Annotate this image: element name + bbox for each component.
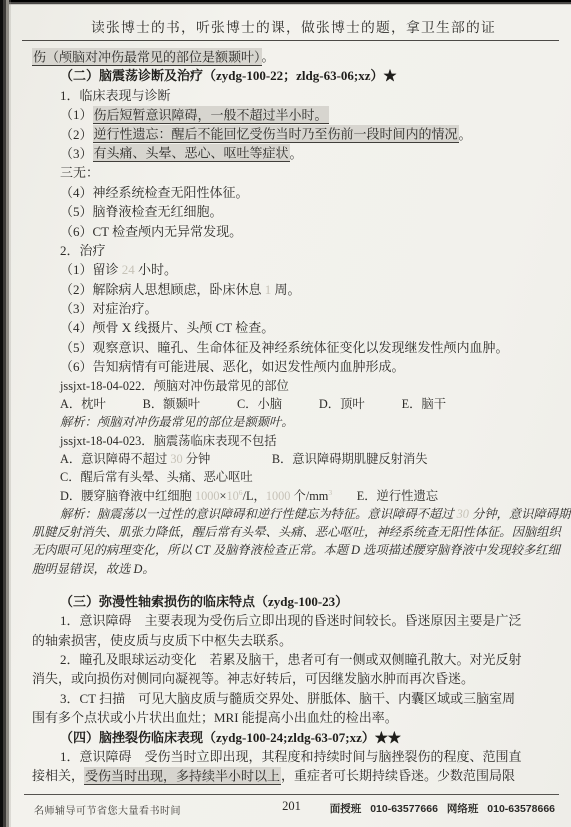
section-heading-2: （二）脑震荡诊断及治疗（zydg-100-22；zldg-63-06;xz）★ xyxy=(32,69,561,88)
text-run xyxy=(332,490,357,504)
highlighted-text: 有头痛、头晕、恶心、呕吐等症状 xyxy=(93,144,290,162)
question-023-analysis-line4: 胞明显错误，故选 D。 xyxy=(32,563,561,581)
footer-contact: 面授班 010-63577666 网络班 010-63578666 xyxy=(324,801,555,816)
faint-answer-text: 30 xyxy=(457,507,469,521)
treatment-point-1: （1）留诊 24 小时。 xyxy=(32,263,561,282)
text-run: 1．意识障碍 受伤当时立即出现，其程度和持续时间与脑挫裂伤的程度、范围直 xyxy=(60,749,522,764)
text-run: （4）颅骨 X 线摄片、头颅 CT 检查。 xyxy=(60,320,274,335)
text-run: 。 xyxy=(459,127,472,142)
text-run: （5）观察意识、瞳孔、生命体征及神经系统体征变化以发现继发性颅内血肿。 xyxy=(60,340,509,355)
text-run: A．意识障碍不超过 xyxy=(60,452,170,466)
text-run: D．腰穿脑脊液中红细胞 xyxy=(60,490,195,504)
online-class-label: 网络班 xyxy=(447,803,479,815)
highlighted-text: 逆行性遗忘：醒后不能回忆受伤当时乃至伤前一段时间内的情况 xyxy=(93,125,459,143)
clinical-point-3: （3）有头痛、头晕、恶心、呕吐等症状。 xyxy=(32,147,561,166)
text-run: 分钟，意识障碍期 xyxy=(469,507,570,521)
treatment-point-3: （3）对症治疗。 xyxy=(32,302,561,321)
faint-answer-text: 1000 xyxy=(266,490,291,504)
question-023-options-de: D．腰穿脑脊液中红细胞 1000×106/L，1000 个/mm3 E．逆行性遗… xyxy=(32,489,561,507)
text-run: （二）脑震荡诊断及治疗（zydg-100-22；zldg-63-06;xz）★ xyxy=(60,68,397,83)
text-run: 。 xyxy=(262,49,275,64)
onsite-class-label: 面授班 xyxy=(330,803,362,815)
text-run: 周。 xyxy=(271,282,300,297)
faint-answer-text: 30 xyxy=(170,452,182,466)
text-run: 三无： xyxy=(60,165,99,180)
page-content: 伤（颅脑对冲伤最常见的部位是额颞叶）。（二）脑震荡诊断及治疗（zydg-100-… xyxy=(32,50,561,789)
text-run: B．意识障碍期肌腱反射消失 xyxy=(272,452,428,466)
text-run: 无肉眼可见的病理变化，所以 CT 及脑脊液检查正常。本题 D 选项描述腰穿脑脊液… xyxy=(32,543,560,557)
question-023-stem: jssjxt-18-04-023．脑震荡临床表现不包括 xyxy=(32,435,561,453)
question-022-stem: jssjxt-18-04-022．颅脑对冲伤最常见的部位 xyxy=(32,380,561,398)
footer: 名师辅导可节省您大量看书时间 201 面授班 010-63577666 网络班 … xyxy=(24,799,559,819)
text-run: 个/mm xyxy=(290,490,328,504)
text-run: 。 xyxy=(290,146,303,161)
text-run: E．逆行性遗忘 xyxy=(357,490,438,504)
text-run: 解析：颅脑对冲伤最常见的部位是额颞叶。 xyxy=(60,415,294,429)
text-run: 肌腱反射消失、肌张力降低，醒后常有头晕、头痛、恶心呕吐，神经系统查无阳性体征。因… xyxy=(32,525,561,539)
text-run: 2．治疗 xyxy=(60,243,106,258)
text-run: （2） xyxy=(60,127,93,142)
text-run: 1．临床表现与诊断 xyxy=(60,88,171,103)
question-023-analysis-line3: 无肉眼可见的病理变化，所以 CT 及脑脊液检查正常。本题 D 选项描述腰穿脑脊液… xyxy=(32,544,561,562)
question-023-analysis-line1: 解析：脑震荡以一过性的意识障碍和逆行性健忘为特征。意识障碍不超过 30 分钟，意… xyxy=(32,508,561,526)
question-022-options: A．枕叶 B．额颞叶 C．小脑 D．顶叶 E．脑干 xyxy=(32,398,561,416)
text-run: （6）告知病情有可能进展、恶化，如迟发性颅内血肿形成。 xyxy=(60,359,405,374)
text-run: jssjxt-18-04-023．脑震荡临床表现不包括 xyxy=(60,434,277,448)
clinical-point-6: （6）CT 检查颅内无异常发现。 xyxy=(32,225,561,244)
online-class-phone: 010-63578666 xyxy=(487,803,555,815)
text-run: 小时。 xyxy=(135,262,177,277)
text-run: 分钟 xyxy=(183,452,211,466)
text-run: 解析：脑震荡以一过性的意识障碍和逆行性健忘为特征。意识障碍不超过 xyxy=(60,507,457,521)
question-022-analysis: 解析：颅脑对冲伤最常见的部位是额颞叶。 xyxy=(32,416,561,434)
text-run: 接相关， xyxy=(32,768,84,783)
faint-answer-text: 1000 xyxy=(195,490,220,504)
carryover-line: 伤（颅脑对冲伤最常见的部位是额颞叶）。 xyxy=(32,50,561,69)
highlighted-text: 受伤当时出现，多持续半小时以上 xyxy=(84,767,281,785)
text-run: （3） xyxy=(60,146,93,161)
text-run: （2）解除病人思想顾虑，卧床休息 xyxy=(60,282,265,297)
treatment-point-5: （5）观察意识、瞳孔、生命体征及神经系统体征变化以发现继发性颅内血肿。 xyxy=(32,341,561,360)
clinical-point-5: （5）脑脊液检查无红细胞。 xyxy=(32,205,561,224)
text-run xyxy=(210,452,272,466)
text-run: （6）CT 检查颅内无异常发现。 xyxy=(60,224,242,239)
text-run: ，重症者可长期持续昏迷。少数范围局限 xyxy=(281,768,515,783)
section-heading-4: （四）脑挫裂伤临床表现（zydg-100-24;zldg-63-07;xz）★★ xyxy=(32,731,561,750)
dai-point-1-line2: 的轴索损害，使皮质与皮质下中枢失去联系。 xyxy=(32,634,561,653)
text-run: （3）对症治疗。 xyxy=(60,301,158,316)
footer-rule xyxy=(24,794,559,795)
treatment-point-2: （2）解除病人思想顾虑，卧床休息 1 周。 xyxy=(32,283,561,302)
text-run: jssjxt-18-04-022．颅脑对冲伤最常见的部位 xyxy=(60,379,289,393)
text-run: （三）弥漫性轴索损伤的临床特点（zydg-100-23） xyxy=(60,594,348,609)
clinical-point-4: （4）神经系统检查无阳性体征。 xyxy=(32,186,561,205)
running-head-slogan: 读张博士的书，听张博士的课，做张博士的题，拿卫生部的证 xyxy=(91,20,496,35)
scan-edge-top xyxy=(0,0,571,6)
question-023-analysis-line2: 肌腱反射消失、肌张力降低，醒后常有头晕、头痛、恶心呕吐，神经系统查无阳性体征。因… xyxy=(32,526,561,544)
contusion-point-1-line2: 接相关，受伤当时出现，多持续半小时以上，重症者可长期持续昏迷。少数范围局限 xyxy=(32,769,561,788)
question-023-options-ab: A．意识障碍不超过 30 分钟 B．意识障碍期肌腱反射消失 xyxy=(32,453,561,471)
faint-answer-text: 24 xyxy=(122,262,135,277)
scan-edge-left xyxy=(0,0,13,827)
text-run: （5）脑脊液检查无红细胞。 xyxy=(60,204,223,219)
text-run: （1）留诊 xyxy=(60,262,122,277)
text-run: A．枕叶 B．额颞叶 C．小脑 D．顶叶 E．脑干 xyxy=(60,397,446,411)
subheading-treatment: 2．治疗 xyxy=(32,244,561,263)
text-run: 3．CT 扫描 可见大脑皮质与髓质交界处、胼胝体、脑干、内囊区域或三脑室周 xyxy=(60,691,515,706)
text-run: C．醒后常有头晕、头痛、恶心呕吐 xyxy=(60,470,253,484)
text-run: （1） xyxy=(60,107,93,122)
text-run: （四）脑挫裂伤临床表现（zydg-100-24;zldg-63-07;xz）★★ xyxy=(60,730,401,745)
text-run: 胞明显错误，故选 D。 xyxy=(32,562,155,576)
three-nos-label: 三无： xyxy=(32,166,561,185)
highlighted-text: 伤（颅脑对冲伤最常见的部位是额颞叶） xyxy=(32,48,262,66)
section-heading-3: （三）弥漫性轴索损伤的临床特点（zydg-100-23） xyxy=(32,595,561,614)
faint-answer-text: 10 xyxy=(226,490,238,504)
dai-point-2-line2: 消失，或向损伤对侧同向凝视等。神志好转后，可因继发脑水肿而再次昏迷。 xyxy=(32,672,561,691)
highlighted-text: 伤后短暂意识障碍，一般不超过半小时。 xyxy=(93,106,329,124)
onsite-class-phone: 010-63577666 xyxy=(370,803,438,815)
dai-point-2-line1: 2．瞳孔及眼球运动变化 若累及脑干，患者可有一侧或双侧瞳孔散大。对光反射 xyxy=(32,653,561,672)
running-head: 读张博士的书，听张博士的课，做张博士的题，拿卫生部的证 xyxy=(30,16,557,36)
dai-point-3-line2: 围有多个点状或小片状出血灶；MRI 能提高小出血灶的检出率。 xyxy=(32,711,561,730)
text-run: 消失，或向损伤对侧同向凝视等。神志好转后，可因继发脑水肿而再次昏迷。 xyxy=(32,671,474,686)
text-run: /L， xyxy=(243,490,266,504)
text-run: （4）神经系统检查无阳性体征。 xyxy=(60,185,249,200)
dai-point-3-line1: 3．CT 扫描 可见大脑皮质与髓质交界处、胼胝体、脑干、内囊区域或三脑室周 xyxy=(32,692,561,711)
text-run: 的轴索损害，使皮质与皮质下中枢失去联系。 xyxy=(32,633,292,648)
text-run: 1．意识障碍 主要表现为受伤后立即出现的昏迷时间较长。昏迷原因主要是广泛 xyxy=(60,613,522,628)
text-run: 围有多个点状或小片状出血灶；MRI 能提高小出血灶的检出率。 xyxy=(32,710,398,725)
treatment-point-4: （4）颅骨 X 线摄片、头颅 CT 检查。 xyxy=(32,321,561,340)
treatment-point-6: （6）告知病情有可能进展、恶化，如迟发性颅内血肿形成。 xyxy=(32,360,561,379)
dai-point-1-line1: 1．意识障碍 主要表现为受伤后立即出现的昏迷时间较长。昏迷原因主要是广泛 xyxy=(32,614,561,633)
text-run: 2．瞳孔及眼球运动变化 若累及脑干，患者可有一侧或双侧瞳孔散大。对光反射 xyxy=(60,652,522,667)
question-023-option-c: C．醒后常有头晕、头痛、恶心呕吐 xyxy=(32,471,561,489)
running-head-rule xyxy=(22,40,559,41)
scanned-book-page: 读张博士的书，听张博士的课，做张博士的题，拿卫生部的证 伤（颅脑对冲伤最常见的部… xyxy=(0,0,571,827)
